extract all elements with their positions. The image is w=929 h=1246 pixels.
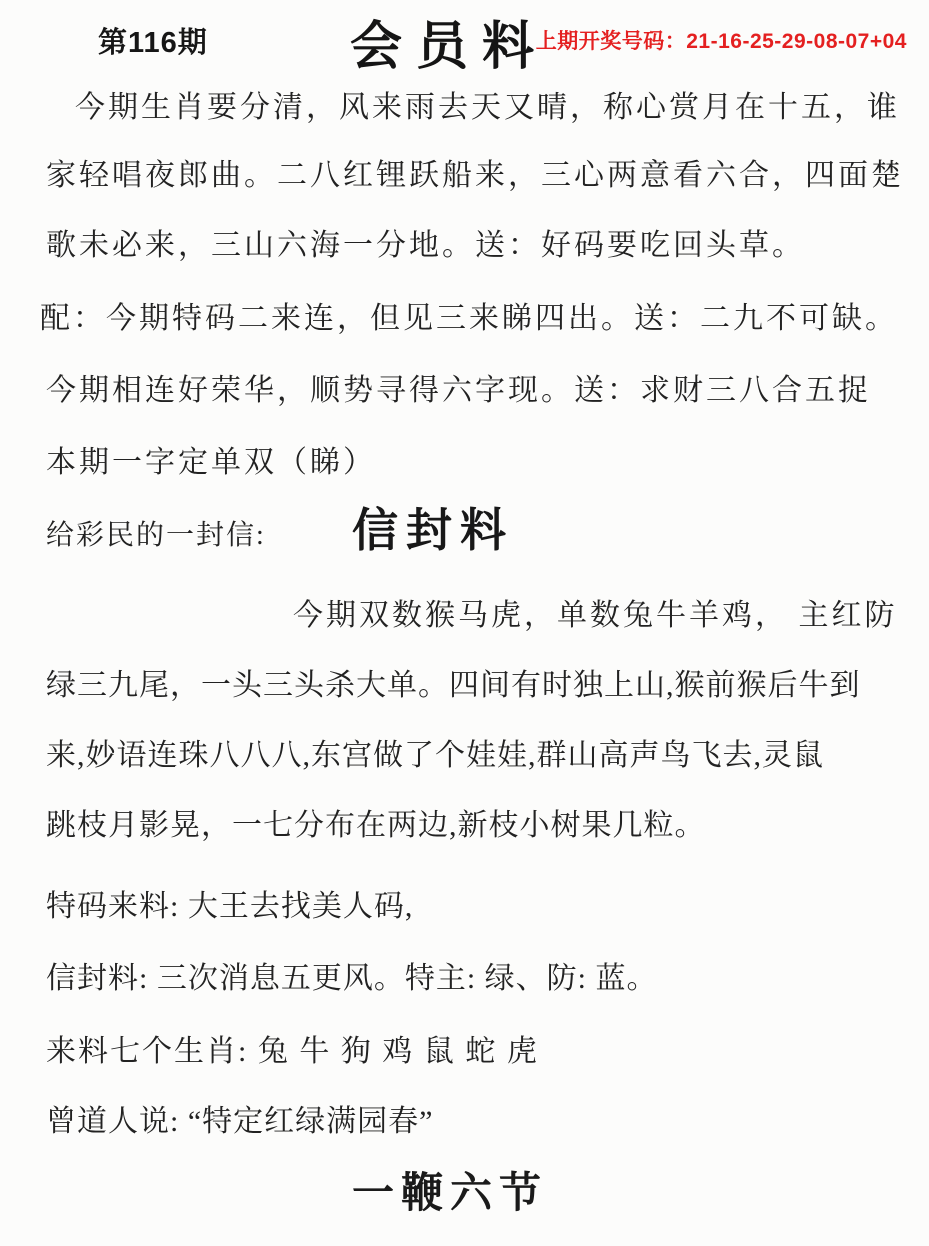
envelope-tip: 信封料: 三次消息五更风。特主: 绿、防: 蓝。	[46, 953, 658, 997]
envelope-intro-label: 给彩民的一封信:	[46, 513, 266, 553]
poem-line-3: 歌未必来，三山六海一分地。送：好码要吃回头草。	[46, 220, 805, 264]
footer-slogan: 一鞭六节	[352, 1160, 548, 1220]
poem-line-2: 家轻唱夜郎曲。二八红锂跃船来，三心两意看六合，四面楚	[46, 150, 904, 194]
document-page: 第116期 会员料 上期开奖号码：21-16-25-29-08-07+04 今期…	[0, 0, 929, 1246]
special-code-tip: 特码来料: 大王去找美人码,	[46, 881, 413, 925]
envelope-line-3: 来,妙语连珠八八八,东宫做了个娃娃,群山高声鸟飞去,灵鼠	[46, 730, 824, 774]
poem-line-6: 本期一字定单双（睇）	[46, 437, 376, 481]
zodiac-tip: 来料七个生肖: 兔 牛 狗 鸡 鼠 蛇 虎	[46, 1026, 539, 1070]
last-draw-numbers: 上期开奖号码：21-16-25-29-08-07+04	[536, 25, 907, 55]
poem-line-1: 今期生肖要分清，风来雨去天又晴，称心赏月在十五，谁	[75, 82, 900, 126]
page-title: 会员料	[350, 4, 548, 79]
envelope-line-1: 今期双数猴马虎，单数兔牛羊鸡， 主红防	[293, 590, 898, 634]
poem-line-5: 今期相连好荣华，顺势寻得六字现。送：求财三八合五捉	[46, 365, 871, 409]
envelope-line-4: 跳枝月影晃，一七分布在两边,新枝小树果几粒。	[46, 800, 706, 844]
envelope-section-title: 信封料	[352, 494, 514, 560]
poem-line-4: 配：今期特码二来连，但见三来睇四出。送：二九不可缺。	[40, 293, 898, 337]
master-quote: 曾道人说: “特定红绿满园春”	[46, 1096, 433, 1140]
issue-number: 第116期	[98, 20, 208, 61]
envelope-line-2: 绿三九尾，一头三头杀大单。四间有时独上山,猴前猴后牛到	[46, 660, 861, 704]
